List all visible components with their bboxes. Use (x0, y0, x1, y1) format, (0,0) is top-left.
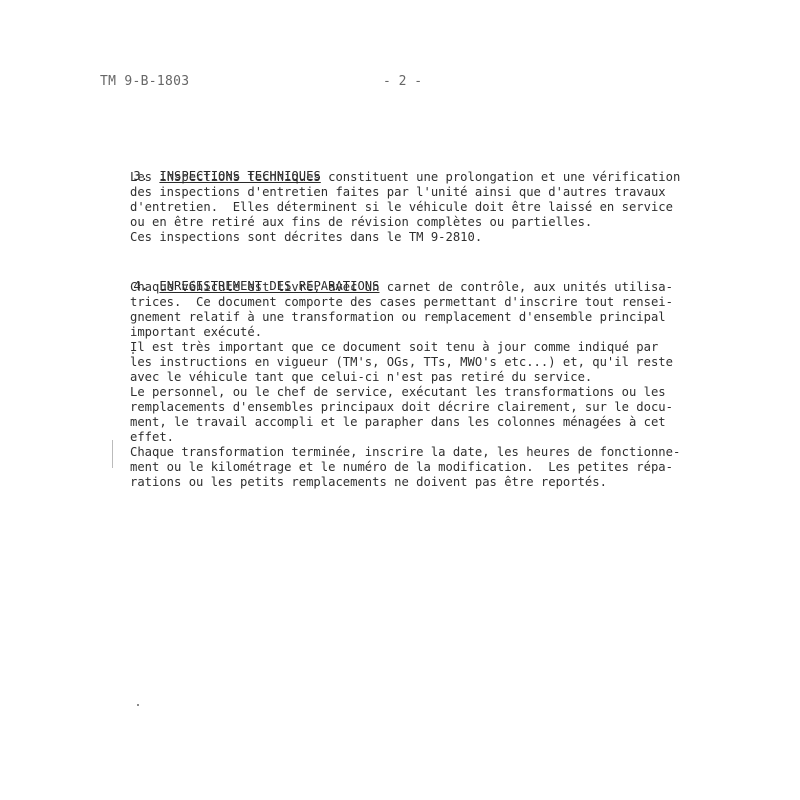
section-heading: 4.ENREGISTREMENT DES REPARATIONS (104, 259, 680, 277)
body-line: ment, le travail accompli et le parapher… (130, 415, 680, 430)
margin-mark (112, 440, 113, 468)
stray-dot (137, 704, 139, 706)
section-inspections-techniques: 3.INSPECTIONS TECHNIQUES Les inspections… (104, 149, 680, 245)
body-line: Les inspections techniques constituent u… (130, 170, 680, 185)
body-line: Le personnel, ou le chef de service, exé… (130, 385, 680, 400)
section-body: Chaque véhicule est livré, avec un carne… (130, 280, 680, 490)
stray-dot (132, 352, 134, 354)
body-line: remplacements d'ensembles principaux doi… (130, 400, 680, 415)
body-line: d'entretien. Elles déterminent si le véh… (130, 200, 680, 215)
body-line: Ces inspections sont décrites dans le TM… (130, 230, 680, 245)
body-line: important exécuté. (130, 325, 680, 340)
body-line: effet. (130, 430, 680, 445)
body-line: ment ou le kilométrage et le numéro de l… (130, 460, 680, 475)
section-enregistrement-reparations: 4.ENREGISTREMENT DES REPARATIONS Chaque … (104, 259, 680, 490)
body-line: ou en être retiré aux fins de révision c… (130, 215, 680, 230)
page-number: - 2 - (383, 74, 422, 89)
section-body: Les inspections techniques constituent u… (130, 170, 680, 245)
body-line: Chaque transformation terminée, inscrire… (130, 445, 680, 460)
body-line: gnement relatif à une transformation ou … (130, 310, 680, 325)
body-line: Chaque véhicule est livré, avec un carne… (130, 280, 680, 295)
body-line: trices. Ce document comporte des cases p… (130, 295, 680, 310)
body-line: des inspections d'entretien faites par l… (130, 185, 680, 200)
section-heading: 3.INSPECTIONS TECHNIQUES (104, 149, 680, 167)
body-line: les instructions en vigueur (TM's, OGs, … (130, 355, 680, 370)
body-line: rations ou les petits remplacements ne d… (130, 475, 680, 490)
body-line: Il est très important que ce document so… (130, 340, 680, 355)
document-reference: TM 9-B-1803 (100, 74, 189, 89)
body-line: avec le véhicule tant que celui-ci n'est… (130, 370, 680, 385)
